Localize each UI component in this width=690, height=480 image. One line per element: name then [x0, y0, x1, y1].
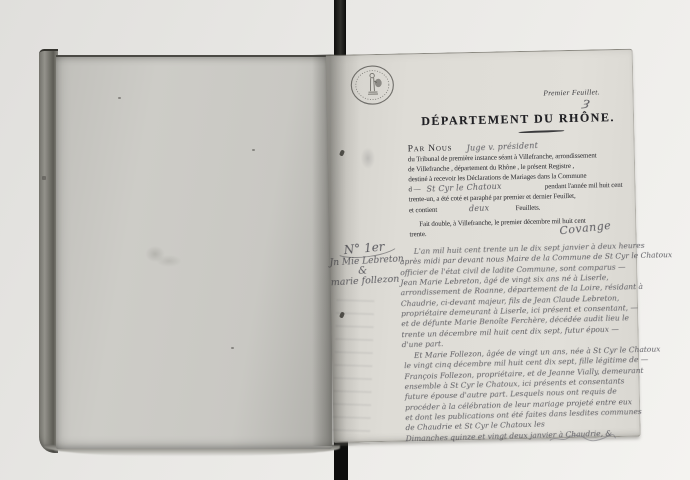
act-paragraph-bride: Et Marie Follezon, âgée de vingt un ans,…	[404, 346, 644, 444]
feuillet-label: Premier Feuillet.	[526, 87, 616, 98]
pencil-scribble	[548, 431, 618, 444]
paper-speck	[231, 347, 234, 349]
contient-suffix: Feuillets.	[515, 202, 540, 213]
feuillet-paraph: ȝ	[581, 95, 591, 111]
tribunal-oval-seal-icon	[348, 63, 397, 108]
commune-prefix: d —	[408, 184, 420, 194]
scanned-register-photo: Premier Feuillet. ȝ DÉPARTEMENT DU RHÔNE…	[0, 0, 690, 480]
margin-names: Jn Mie Lebreton & marie follezon	[329, 254, 411, 288]
printed-form: Par Nous Juge v. président du Tribunal d…	[408, 140, 623, 215]
contient-prefix: et contient	[409, 204, 437, 215]
title-rule	[518, 130, 564, 134]
paper-speck	[42, 176, 46, 180]
commune-suffix: pendant l'année mil huit cent	[545, 180, 623, 192]
ink-bleed-ghost	[358, 143, 379, 173]
margin-bride-name: marie follezon	[331, 273, 411, 288]
page-title: DÉPARTEMENT DU RHÔNE.	[412, 110, 624, 129]
right-page: Premier Feuillet. ȝ DÉPARTEMENT DU RHÔNE…	[326, 49, 641, 443]
paper-speck	[252, 149, 255, 151]
handwritten-fill-feuillets-count: deux	[469, 203, 490, 214]
bookmark-ribbon-top	[334, 0, 346, 58]
act-paragraph-groom: L'an mil huit cent trente un le dix sept…	[400, 242, 640, 350]
paper-speck	[118, 97, 121, 99]
left-page-blank	[56, 55, 332, 449]
paper-stain	[152, 253, 186, 269]
